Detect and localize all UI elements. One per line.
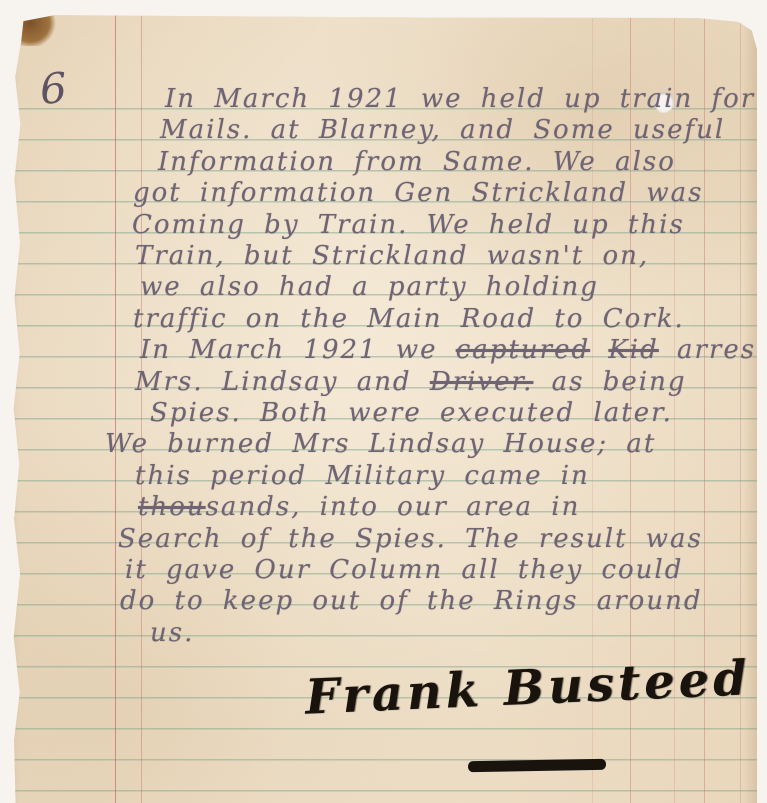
manuscript-text-segment <box>590 335 608 365</box>
manuscript-line: Mails. at Blarney, and Some useful <box>160 115 725 146</box>
manuscript-text-segment: Coming by Train. We held up this <box>132 210 685 240</box>
manuscript-text-segment: this period Military came in <box>135 461 590 491</box>
manuscript-text-segment: us. <box>150 618 194 648</box>
manuscript-text-segment: sands, into our area in <box>206 492 581 522</box>
manuscript-text-segment: as being <box>533 367 686 397</box>
manuscript-text-segment: Information from Same. We also <box>158 147 676 177</box>
manuscript-line: Mrs. Lindsay and Driver. as being <box>135 367 686 398</box>
struck-text: thou <box>138 492 206 522</box>
scanned-page-background: 6 In March 1921 we held up train forMail… <box>0 0 767 803</box>
manuscript-line: Coming by Train. We held up this <box>132 210 685 241</box>
manuscript-text-segment: Train, but Strickland wasn't on, <box>135 241 649 271</box>
manuscript-text-segment: traffic on the Main Road to Cork. <box>133 304 685 334</box>
struck-text: Kid <box>608 335 658 365</box>
manuscript-text-segment: In March 1921 we held up train for <box>165 84 755 114</box>
manuscript-page: 6 In March 1921 we held up train forMail… <box>10 14 757 803</box>
manuscript-text-segment: Mails. at Blarney, and Some useful <box>160 115 725 145</box>
manuscript-text-segment: In March 1921 we <box>140 335 456 365</box>
manuscript-text-segment: Spies. Both were executed later. <box>150 398 673 428</box>
manuscript-line: us. <box>150 618 194 649</box>
manuscript-text-segment: it gave Our Column all they could <box>125 555 683 585</box>
manuscript-text-segment: got information Gen Strickland was <box>133 178 703 208</box>
manuscript-line: it gave Our Column all they could <box>125 555 683 586</box>
struck-text: Driver. <box>430 367 534 397</box>
manuscript-line: Search of the Spies. The result was <box>118 524 703 555</box>
manuscript-line: Spies. Both were executed later. <box>150 398 673 429</box>
manuscript-text-segment: arrested <box>659 335 757 365</box>
manuscript-line: traffic on the Main Road to Cork. <box>133 304 685 335</box>
manuscript-line: We burned Mrs Lindsay House; at <box>105 429 656 460</box>
manuscript-text-segment: we also had a party holding <box>140 272 599 302</box>
manuscript-text-segment: Search of the Spies. The result was <box>118 524 703 554</box>
manuscript-line: In March 1921 we held up train for <box>165 84 755 115</box>
struck-text: captured <box>456 335 590 365</box>
manuscript-line: In March 1921 we captured Kid arrested <box>140 335 757 366</box>
manuscript-text-segment: do to keep out of the Rings around <box>120 586 702 616</box>
manuscript-line: we also had a party holding <box>140 272 599 303</box>
manuscript-line: thousands, into our area in <box>138 492 580 523</box>
manuscript-line: got information Gen Strickland was <box>133 178 703 209</box>
manuscript-line: do to keep out of the Rings around <box>120 586 702 617</box>
manuscript-line: Information from Same. We also <box>158 147 676 178</box>
manuscript-line: this period Military came in <box>135 461 590 492</box>
manuscript-text-segment: Mrs. Lindsay and <box>135 367 430 397</box>
manuscript-line: Train, but Strickland wasn't on, <box>135 241 649 272</box>
manuscript-text-segment: We burned Mrs Lindsay House; at <box>105 429 656 459</box>
